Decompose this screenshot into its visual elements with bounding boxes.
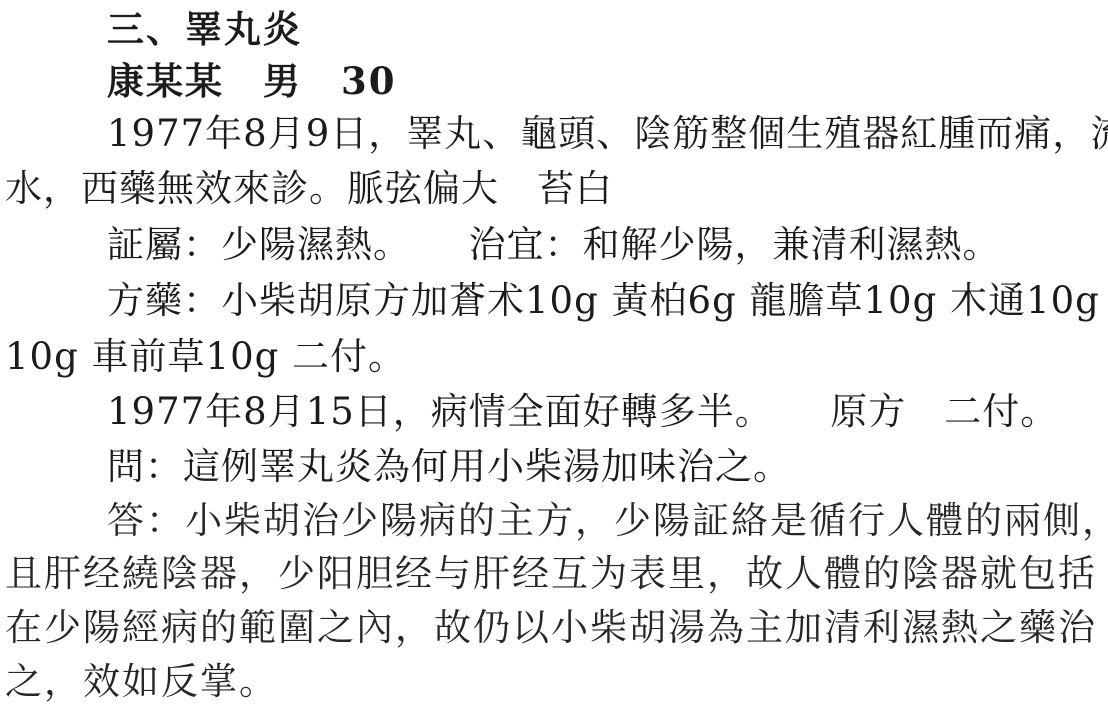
- answer-line-2: 且肝经繞陰器，少阳胆经与肝经互为表里，故人體的陰器就包括: [5, 553, 1097, 596]
- answer-line-4: 之，效如反掌。: [5, 661, 278, 704]
- book-page: 三、睪丸炎 康某某 男 30 1977年8月9日，睪丸、龜頭、陰筋整個生殖器紅腫…: [0, 0, 1108, 705]
- answer-line-3: 在少陽經病的範圍之內，故仍以小柴胡湯為主加清利濕熱之藥治: [5, 607, 1097, 650]
- syndrome-treatment-line: 証屬：少陽濕熱。 治宜：和解少陽，兼清利濕熱。: [107, 224, 1001, 267]
- first-visit-line-2: 水，西藥無效來診。脈弦偏大 苔白: [5, 168, 613, 211]
- answer-line-1: 答：小柴胡治少陽病的主方，少陽証絡是循行人體的兩側，而: [107, 500, 1108, 543]
- question-line: 問：這例睪丸炎為何用小柴湯加味治之。: [107, 446, 791, 489]
- prescription-line-2: 10g 車前草10g 二付。: [5, 336, 406, 379]
- first-visit-line-1: 1977年8月9日，睪丸、龜頭、陰筋整個生殖器紅腫而痛，流黃: [107, 113, 1108, 156]
- followup-visit-line: 1977年8月15日，病情全面好轉多半。 原方 二付。: [107, 391, 1058, 434]
- prescription-line-1: 方藥：小柴胡原方加蒼术10g 黃柏6g 龍膽草10g 木通10g 澤瀉: [107, 280, 1108, 323]
- patient-info-line: 康某某 男 30: [107, 60, 397, 103]
- section-heading: 三、睪丸炎: [107, 8, 302, 51]
